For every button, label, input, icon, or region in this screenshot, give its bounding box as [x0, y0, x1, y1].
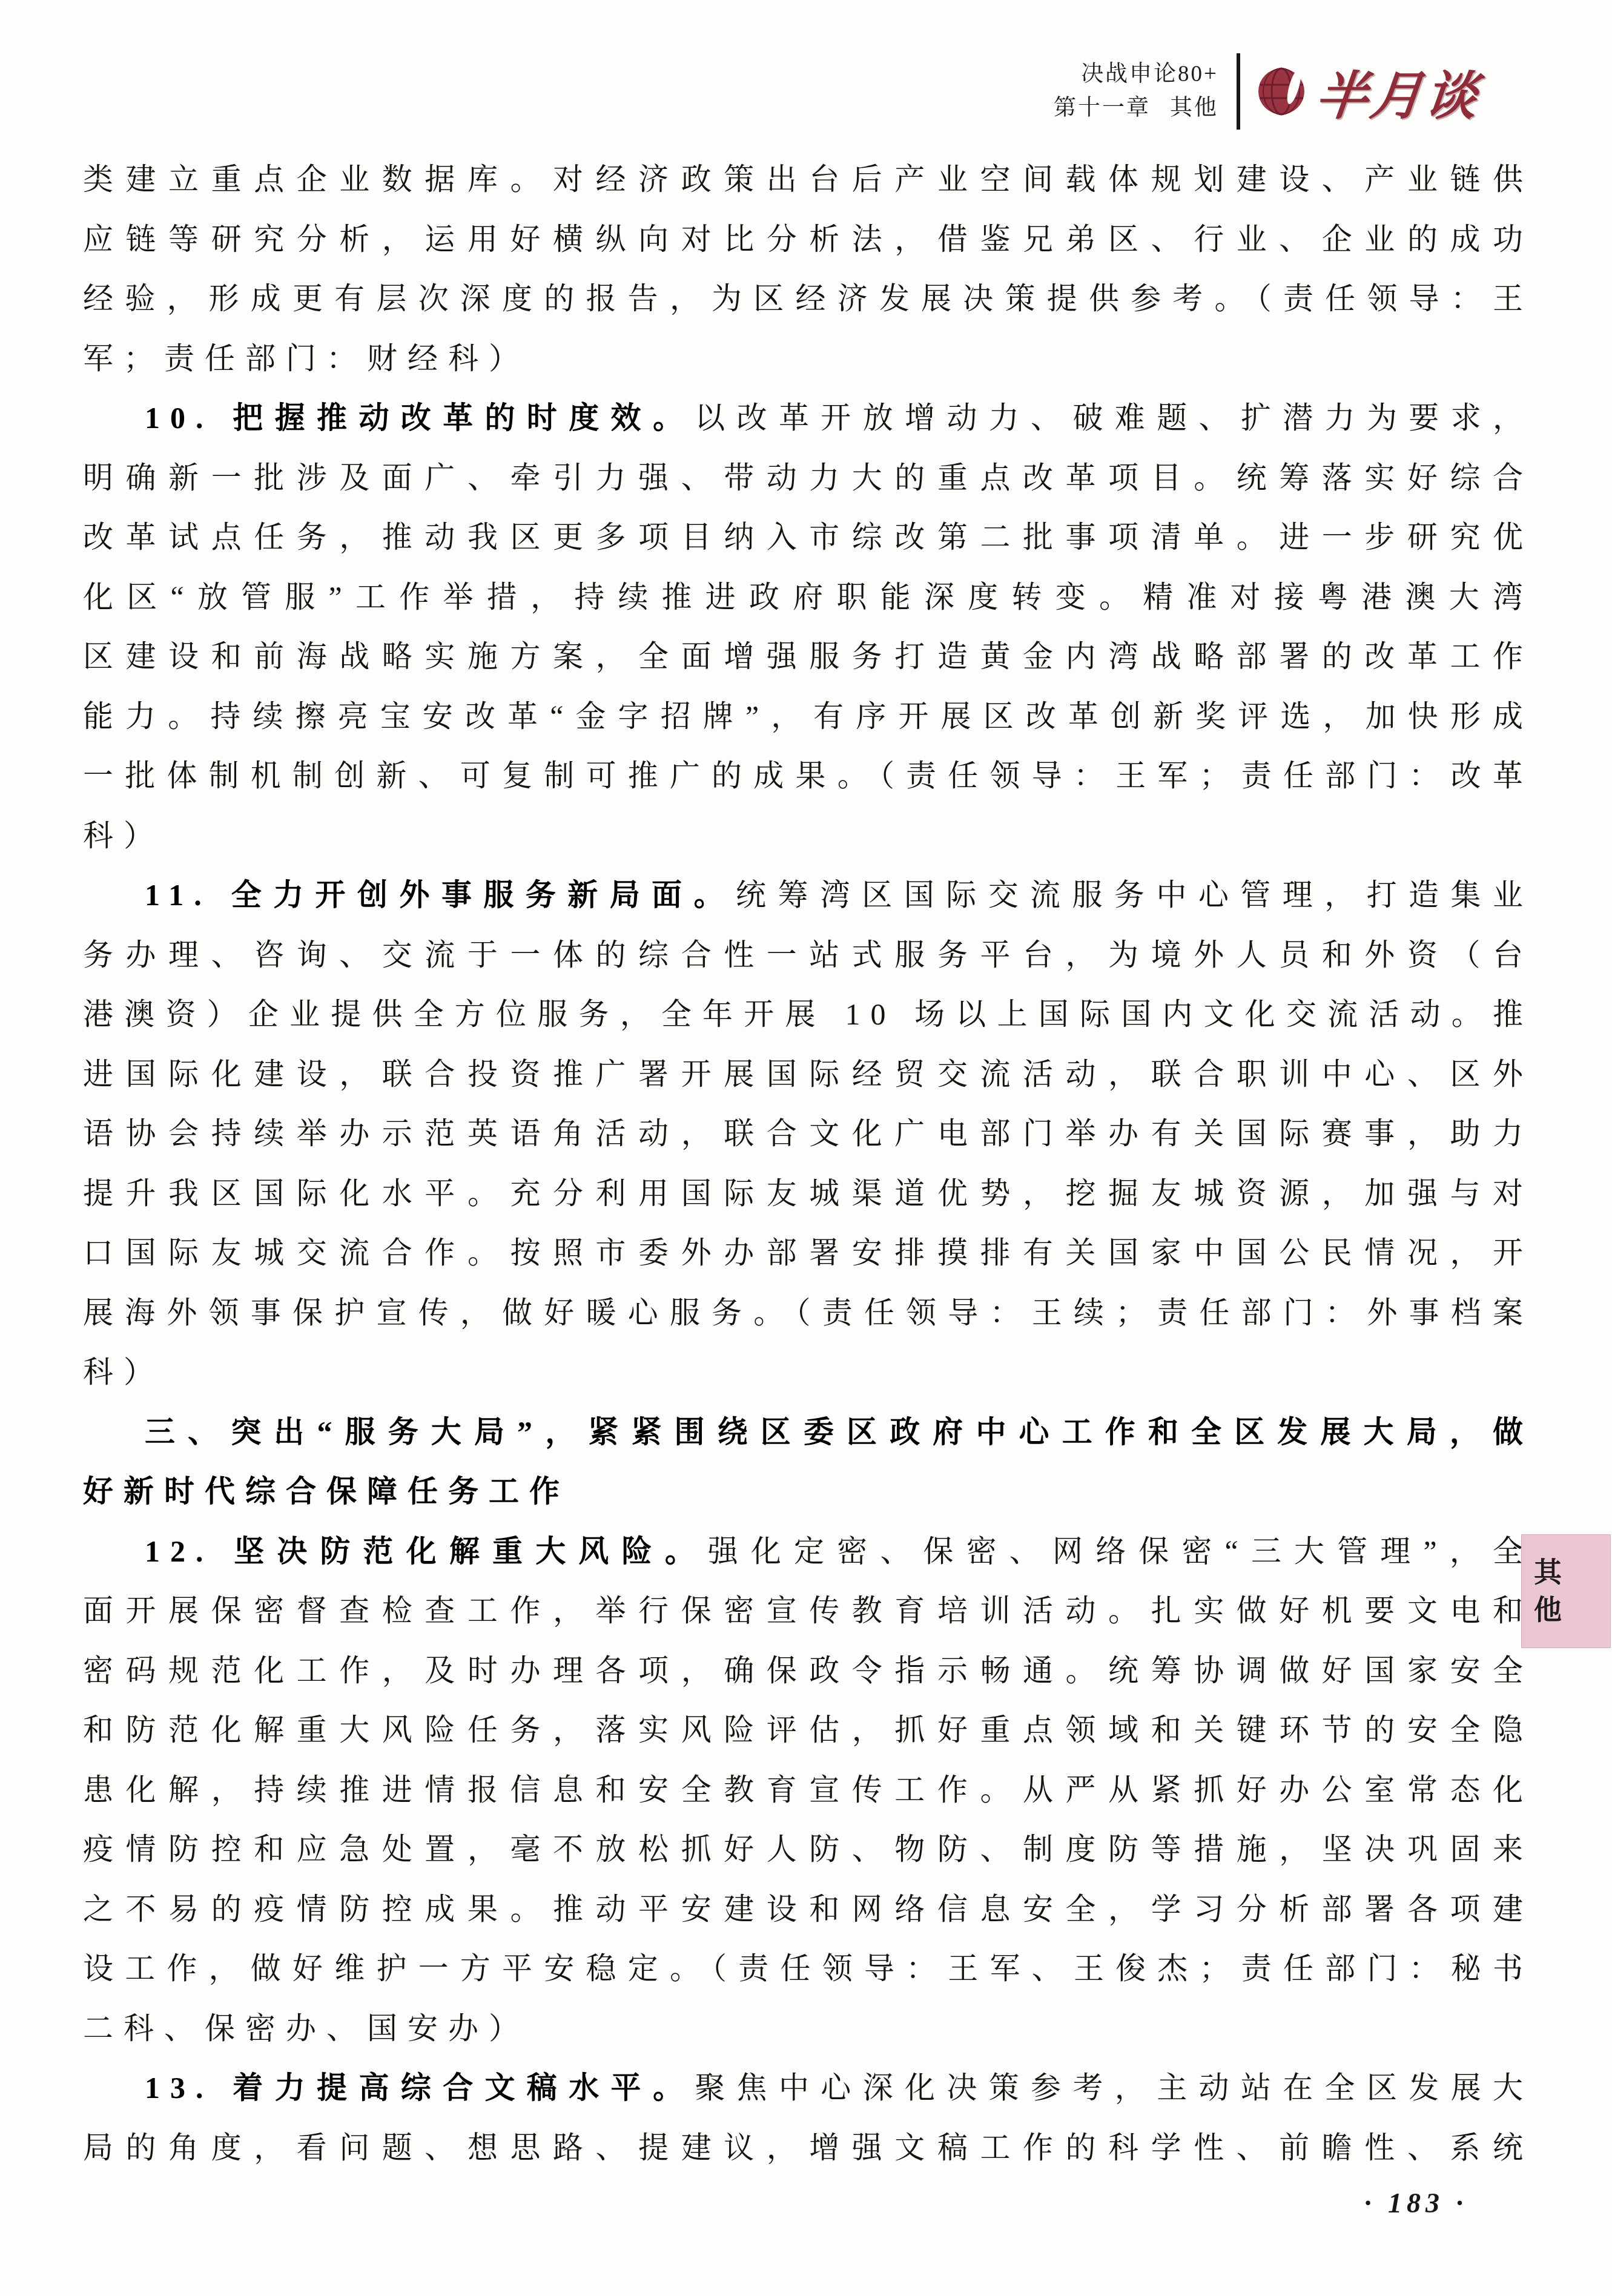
text-line: 三、突出“服务大局”，紧紧围绕区委区政府中心工作和全区发展大局，做: [83, 1402, 1533, 1462]
text-line: 务办理、咨询、交流于一体的综合性一站式服务平台，为境外人员和外资（台: [83, 925, 1533, 985]
text-line: 11. 全力开创外事服务新局面。统筹湾区国际交流服务中心管理，打造集业: [83, 865, 1533, 925]
text-line: 改革试点任务，推动我区更多项目纳入市综改第二批事项清单。进一步研究优: [83, 507, 1533, 567]
header-titles: 决战申论80+ 第十一章其他: [1054, 58, 1218, 125]
text-line: 类建立重点企业数据库。对经济政策出台后产业空间载体规划建设、产业链供: [83, 150, 1533, 209]
text-line: 疫情防控和应急处置，毫不放松抓好人防、物防、制度防等措施，坚决巩固来: [83, 1819, 1533, 1879]
chapter-section: 其他: [1170, 96, 1218, 120]
globe-icon: [1256, 65, 1309, 118]
text-line: 面开展保密督查检查工作，举行保密宣传教育培训活动。扎实做好机要文电和: [83, 1581, 1533, 1641]
text-line: 口国际友城交流合作。按照市委外办部署安排摸排有关国家中国公民情况，开: [83, 1223, 1533, 1283]
side-tab-char: 其: [1534, 1559, 1562, 1586]
book-title: 决战申论80+: [1054, 58, 1218, 91]
header-divider: [1237, 53, 1240, 130]
text-line: 密码规范化工作，及时办理各项，确保政令指示畅通。统筹协调做好国家安全: [83, 1641, 1533, 1701]
text-line: 科）: [83, 1342, 1533, 1402]
text-line: 港澳资）企业提供全方位服务，全年开展 10 场以上国际国内文化交流活动。推: [83, 985, 1533, 1044]
text-line: 能力。持续擦亮宝安改革“金字招牌”，有序开展区改革创新奖评选，加快形成: [83, 687, 1533, 747]
text-line: 好新时代综合保障任务工作: [83, 1462, 1533, 1522]
text-line: 和防范化解重大风险任务，落实风险评估，抓好重点领域和关键环节的安全隐: [83, 1700, 1533, 1760]
text-line: 一批体制机制创新、可复制可推广的成果。（责任领导：王军；责任部门：改革: [83, 746, 1533, 806]
text-line: 应链等研究分析，运用好横纵向对比分析法，借鉴兄弟区、行业、企业的成功: [83, 209, 1533, 269]
text-line: 区建设和前海战略实施方案，全面增强服务打造黄金内湾战略部署的改革工作: [83, 627, 1533, 687]
banyuetan-logo: 半月谈: [1256, 54, 1480, 129]
page-header: 决战申论80+ 第十一章其他 半月谈: [1054, 53, 1480, 130]
text-line: 10. 把握推动改革的时度效。以改革开放增动力、破难题、扩潜力为要求，: [83, 388, 1533, 448]
text-line: 科）: [83, 806, 1533, 866]
text-line: 局的角度，看问题、想思路、提建议，增强文稿工作的科学性、前瞻性、系统: [83, 2118, 1533, 2178]
chapter-number: 第十一章: [1054, 96, 1151, 120]
text-line: 军；责任部门：财经科）: [83, 329, 1533, 389]
text-line: 经验，形成更有层次深度的报告，为区经济发展决策提供参考。（责任领导：王: [83, 269, 1533, 329]
logo-text: 半月谈: [1312, 54, 1484, 129]
page-number: · 183 ·: [1364, 2187, 1468, 2219]
text-line: 展海外领事保护宣传，做好暖心服务。（责任领导：王续；责任部门：外事档案: [83, 1283, 1533, 1343]
text-line: 之不易的疫情防控成果。推动平安建设和网络信息安全，学习分析部署各项建: [83, 1879, 1533, 1939]
text-line: 二科、保密办、国安办）: [83, 1999, 1533, 2059]
text-line: 12. 坚决防范化解重大风险。强化定密、保密、网络保密“三大管理”，全: [83, 1522, 1533, 1582]
text-line: 化区“放管服”工作举措，持续推进政府职能深度转变。精准对接粤港澳大湾: [83, 567, 1533, 627]
text-line: 明确新一批涉及面广、牵引力强、带动力大的重点改革项目。统筹落实好综合: [83, 448, 1533, 508]
body-text: 类建立重点企业数据库。对经济政策出台后产业空间载体规划建设、产业链供应链等研究分…: [83, 150, 1533, 2177]
text-line: 进国际化建设，联合投资推广署开展国际经贸交流活动，联合职训中心、区外: [83, 1044, 1533, 1104]
page: 决战申论80+ 第十一章其他 半月谈 类建立重点企业数据库。对经济政策出台后产业…: [0, 0, 1612, 2296]
text-line: 13. 着力提高综合文稿水平。聚焦中心深化决策参考，主动站在全区发展大: [83, 2058, 1533, 2118]
side-tab-qita: 其 他: [1521, 1534, 1611, 1648]
text-line: 设工作，做好维护一方平安稳定。（责任领导：王军、王俊杰；责任部门：秘书: [83, 1939, 1533, 1999]
side-tab-char: 他: [1534, 1596, 1562, 1624]
text-line: 患化解，持续推进情报信息和安全教育宣传工作。从严从紧抓好办公室常态化: [83, 1760, 1533, 1820]
text-line: 提升我区国际化水平。充分利用国际友城渠道优势，挖掘友城资源，加强与对: [83, 1164, 1533, 1224]
chapter-title: 第十一章其他: [1054, 91, 1218, 125]
text-line: 语协会持续举办示范英语角活动，联合文化广电部门举办有关国际赛事，助力: [83, 1104, 1533, 1164]
